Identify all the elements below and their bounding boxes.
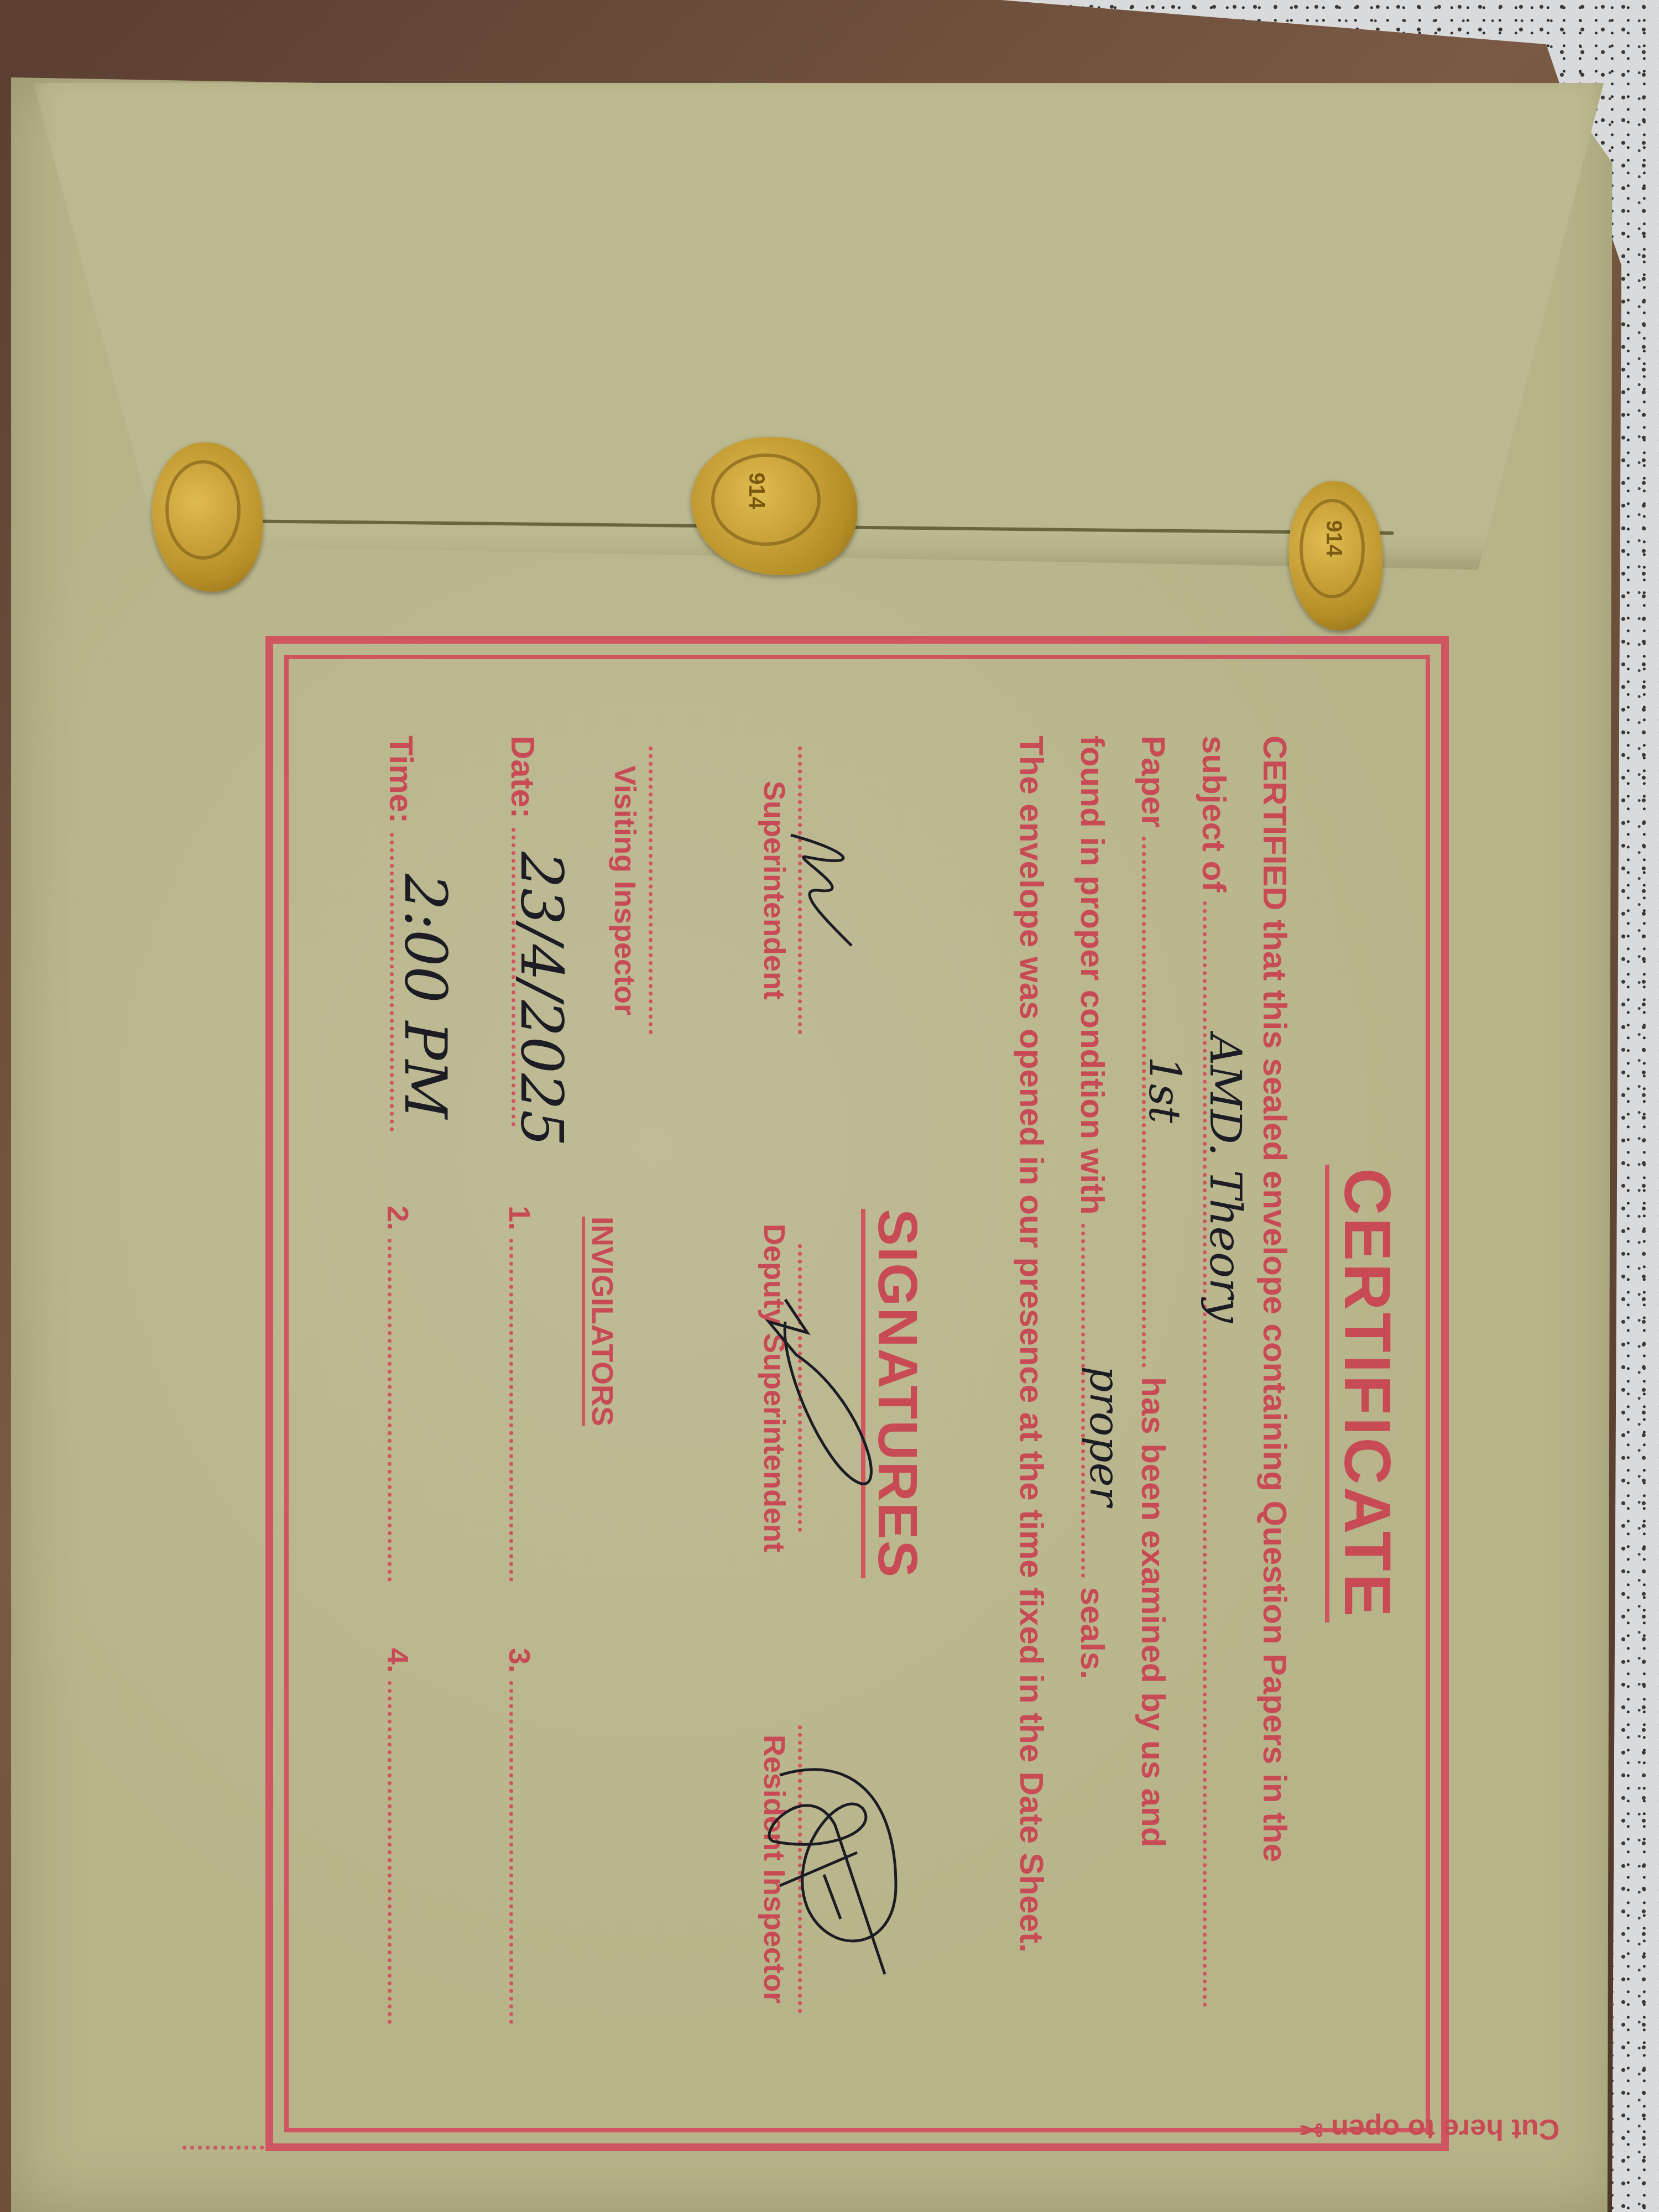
certificate-area: CERTIFICATE CERTIFIED that this sealed e…: [265, 636, 1449, 2151]
invigilator-1-field[interactable]: [509, 1239, 519, 1582]
seals-value: proper: [1081, 1366, 1128, 1506]
time-value: 2:00 PM: [392, 874, 459, 1119]
deputy-superintendent-signature: [752, 1288, 896, 1521]
resident-inspector-signature: [741, 1742, 918, 1996]
invigilator-2-field[interactable]: [388, 1239, 397, 1582]
seal-imprint: 914: [744, 472, 769, 509]
seal-ring: [165, 460, 241, 559]
invigilator-slot-3: 3.: [502, 1648, 536, 2024]
seal-imprint: 914: [1321, 520, 1345, 557]
scissors-icon: ✂: [1299, 2113, 1323, 2145]
subject-value: AMD. Theory: [1200, 1034, 1250, 1323]
cut-here-label: Cut here to open ✂: [1299, 2112, 1559, 2146]
paper-line: Paper has been examined by us and: [1134, 735, 1172, 1847]
certificate: CERTIFICATE CERTIFIED that this sealed e…: [265, 636, 1449, 2151]
invigilator-slot-4: 4.: [380, 1648, 415, 2024]
envelope-opened-line: The envelope was opened in our presence …: [1013, 735, 1051, 1953]
date-value: 23/4/2025: [508, 852, 575, 1146]
cut-guide-line[interactable]: [182, 2146, 1233, 2150]
invigilator-3-field[interactable]: [509, 1681, 519, 2024]
superintendent-signature: [774, 818, 885, 962]
invigilator-slot-2: 2.: [380, 1206, 415, 1582]
invigilator-slot-1: 1.: [502, 1206, 536, 1582]
visiting-inspector-block: Visiting Inspector: [608, 719, 653, 1062]
subject-line: subject of: [1195, 735, 1233, 2007]
found-line: found in proper condition with seals.: [1073, 735, 1112, 1679]
paper-value: 1st: [1139, 1056, 1189, 1123]
invigilators-title: INVIGILATORS: [582, 1217, 619, 1426]
certified-line: CERTIFIED that this sealed envelope cont…: [1256, 735, 1294, 1862]
certificate-title: CERTIFICATE: [1329, 636, 1405, 2151]
invigilator-4-field[interactable]: [388, 1681, 397, 2024]
visiting-inspector-signature-line[interactable]: [649, 747, 653, 1034]
